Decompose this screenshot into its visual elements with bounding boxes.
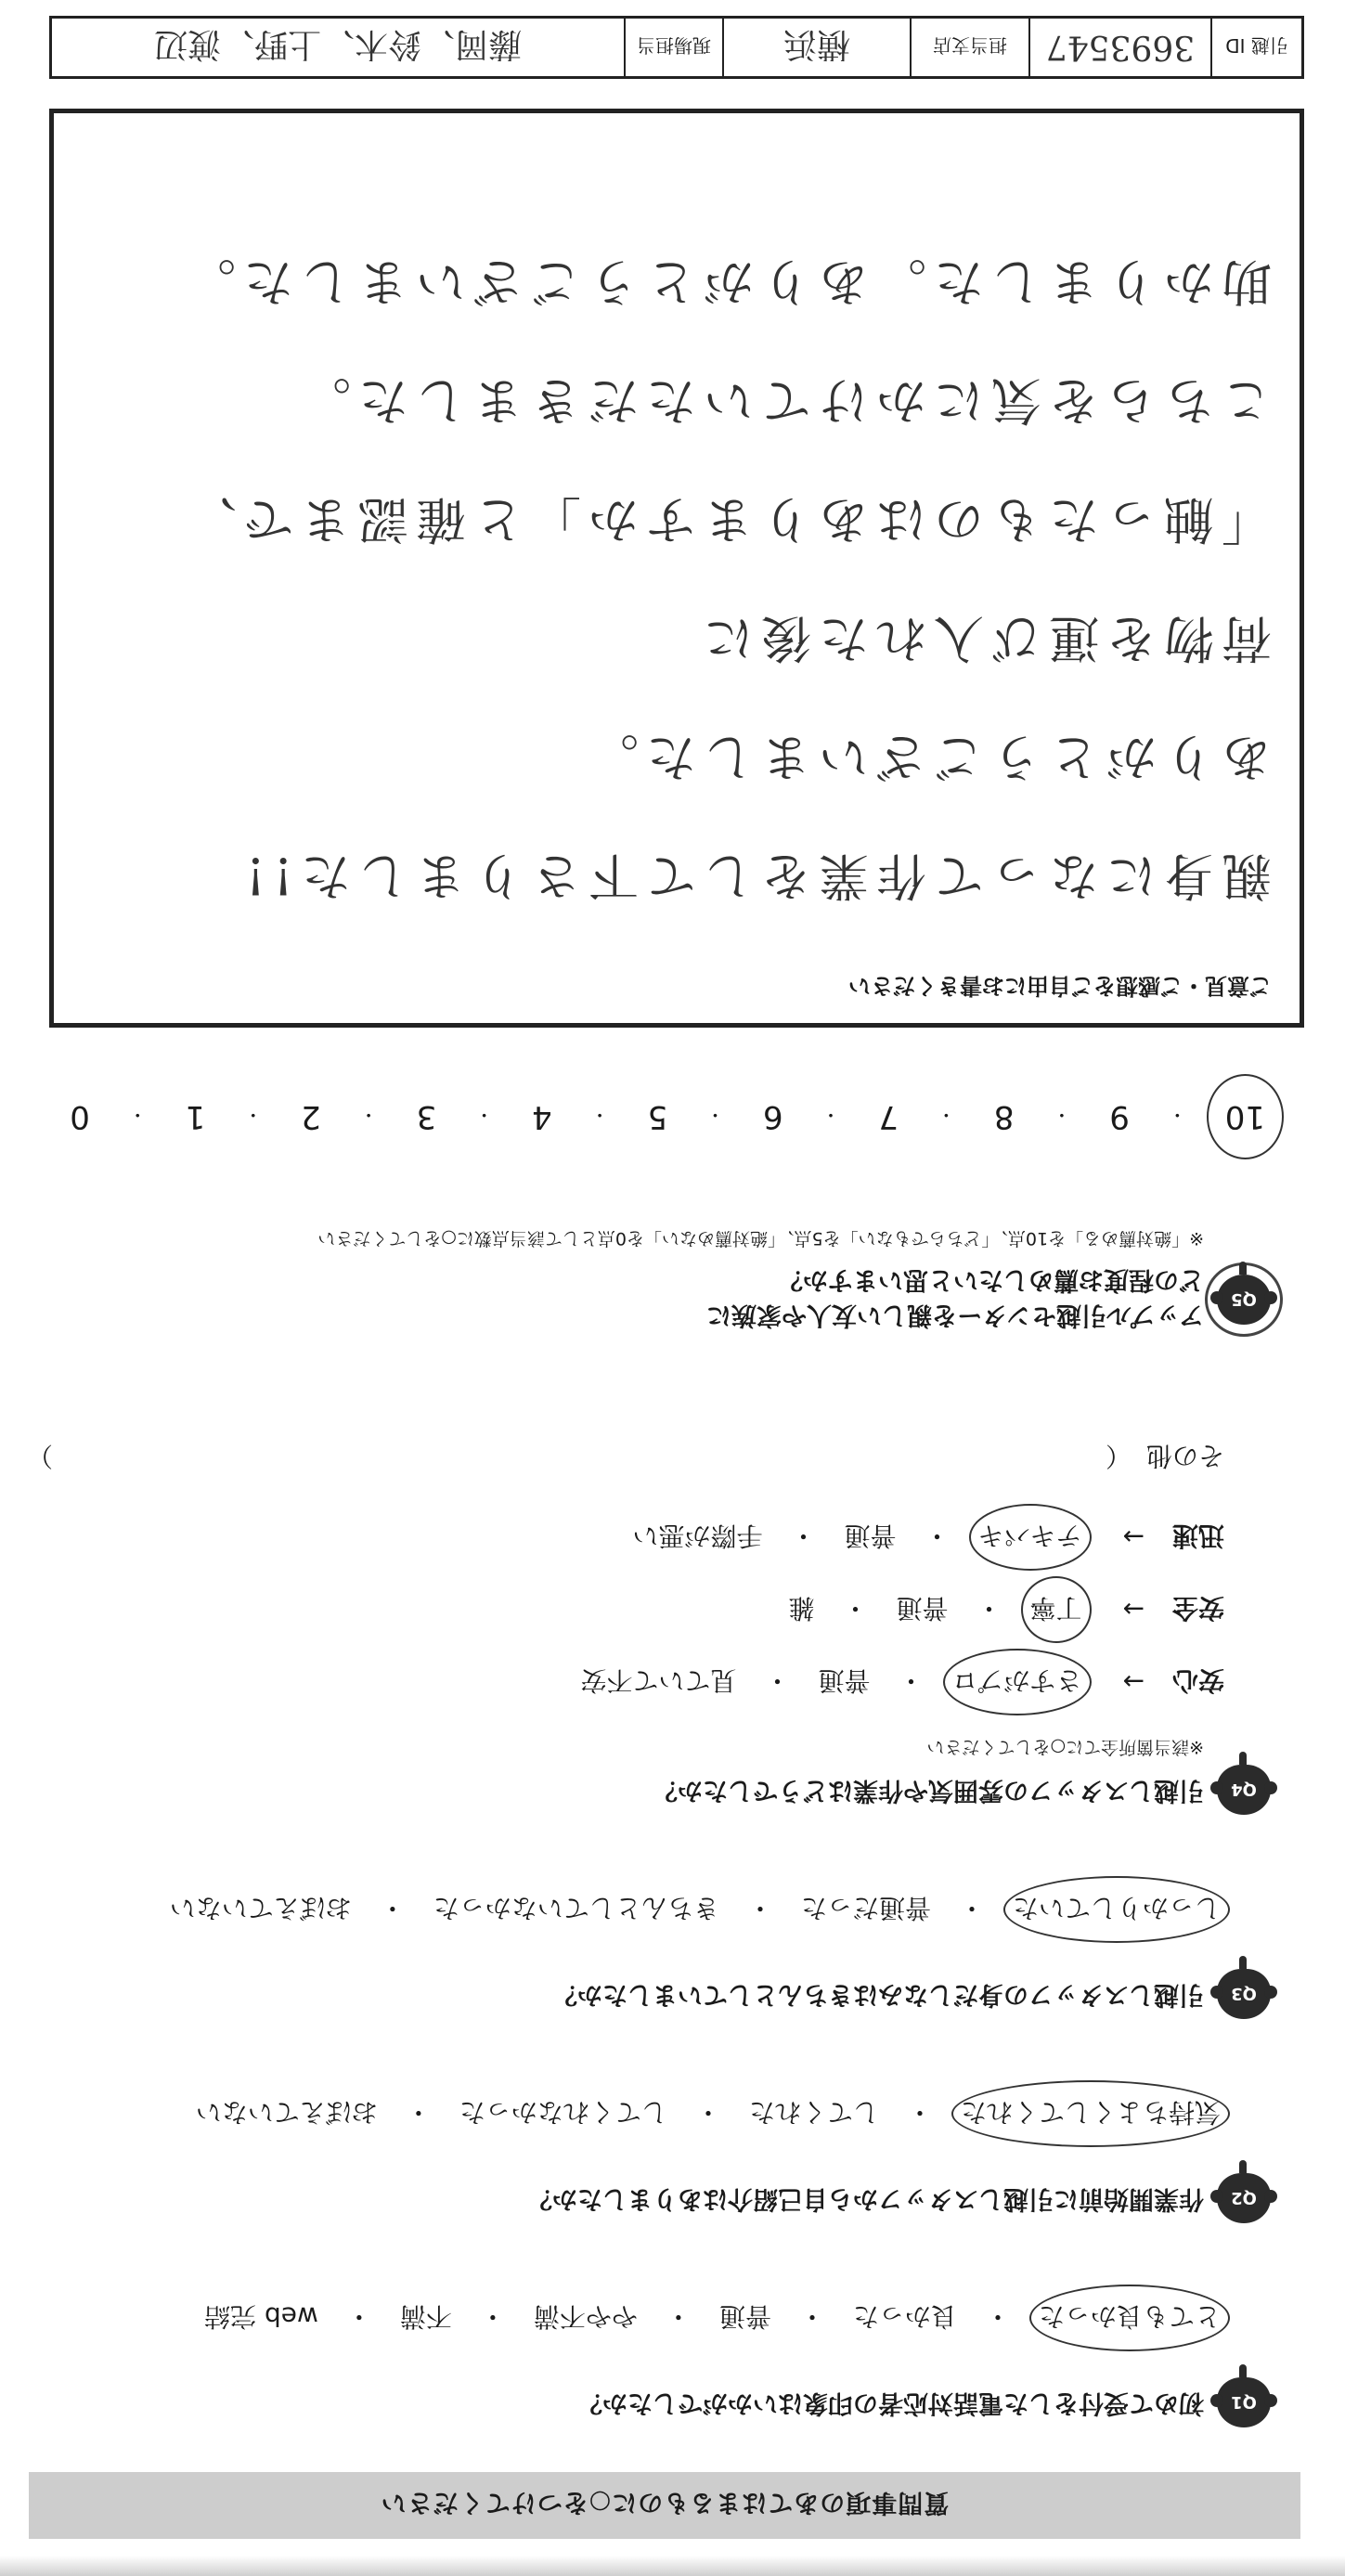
q2-option-3[interactable]: してくれなかった <box>456 2095 671 2132</box>
info-table: 引越 ID 3693547 担当支店 横浜 現場担当 藤岡、鈴木、上野、渡辺 <box>49 16 1304 79</box>
branch-value: 横浜 <box>722 19 910 76</box>
q4-other: その他 （ ） <box>27 1439 1224 1476</box>
q1-option-1[interactable]: とても良かった <box>1029 2285 1230 2351</box>
move-id-value: 3693547 <box>1028 19 1210 76</box>
q4-note: ※該当箇所全てに○をしてください <box>27 1736 1204 1761</box>
score-4[interactable]: 4 <box>526 1098 558 1135</box>
q2-badge-icon: Q2 <box>1217 2173 1271 2223</box>
q1-badge-icon: Q1 <box>1217 2377 1271 2427</box>
q4-row2-option-3[interactable]: 雑 <box>784 1591 818 1628</box>
comment-line: こちらを気にかけていただきました。 <box>82 341 1272 460</box>
q1-options: とても良かった・ 良かった・ 普通・ やや不満・ 不満・ web 完結 <box>27 2299 1224 2337</box>
question-q5: Q5 アップル引越センターを親しい友人や家族に どの程度お薦めしたいと思いますか… <box>27 1227 1271 1332</box>
instruction-banner: 質問事項のあてはまるものに○をつけてください <box>29 2472 1300 2539</box>
comment-handwriting: 親身になって作業をして下さりました!! ありがとうございました。 荷物を運び入れ… <box>82 222 1272 935</box>
q4-row1-option-1[interactable]: さすがプロ <box>943 1649 1092 1715</box>
comment-title: ご意見・ご感想をご自由にお書きください <box>82 972 1272 1004</box>
q3-option-4[interactable]: おぼえていない <box>166 1891 356 1928</box>
q5-badge-icon: Q5 <box>1217 1275 1271 1325</box>
q4-other-input[interactable] <box>53 1439 1106 1476</box>
q4-other-open-paren: （ <box>1106 1439 1132 1476</box>
q1-option-2[interactable]: 良かった <box>849 2299 961 2337</box>
score-3[interactable]: 3 <box>411 1098 443 1135</box>
q4-row1-category: 安心 <box>1159 1663 1224 1701</box>
q1-option-5[interactable]: 不満 <box>396 2299 456 2337</box>
q4-row3-option-2[interactable]: 普通 <box>840 1519 899 1556</box>
q5-text-line2: どの程度お薦めしたいと思いますか？ <box>706 1262 1204 1297</box>
site-staff-value: 藤岡、鈴木、上野、渡辺 <box>52 19 624 76</box>
q1-option-3[interactable]: 普通 <box>716 2299 775 2337</box>
comment-line: ありがとうございました。 <box>82 697 1272 816</box>
arrow-right-icon: → <box>1123 1522 1145 1553</box>
score-0[interactable]: 0 <box>64 1098 96 1135</box>
q2-options: 気持ちよくしてくれた・ してくれた・ してくれなかった・ おぼえていない <box>27 2095 1224 2132</box>
q4-text: 引越しスタッフの雰囲気や作業はどうでしたか？ <box>653 1772 1204 1807</box>
q1-text: 初めて受付をした電話対応者の印象はいかがでしたか？ <box>577 2385 1204 2420</box>
q2-option-2[interactable]: してくれた <box>745 2095 883 2132</box>
q5-note: ※「絶対薦める」を10点、「どちらでもない」を5点、「絶対薦めない」を0点として… <box>27 1227 1204 1252</box>
q2-text: 作業開始前に引越しスタッフから自己紹介はありましたか？ <box>527 2181 1204 2216</box>
q4-row-anzen: 安全 → 丁寧・ 普通・ 雑 <box>27 1591 1224 1628</box>
q5-text-line1: アップル引越センターを親しい友人や家族に <box>706 1297 1204 1332</box>
branch-label: 担当支店 <box>910 19 1028 76</box>
question-q1: Q1 初めて受付をした電話対応者の印象はいかがでしたか？ とても良かった・ 良か… <box>27 2299 1271 2427</box>
q4-row1-option-3[interactable]: 見ていて不安 <box>576 1663 740 1701</box>
question-q2: Q2 作業開始前に引越しスタッフから自己紹介はありましたか？ 気持ちよくしてくれ… <box>27 2095 1271 2223</box>
survey-sheet: 質問事項のあてはまるものに○をつけてください Q1 初めて受付をした電話対応者の… <box>0 0 1345 2576</box>
q4-other-close-paren: ） <box>27 1439 53 1476</box>
q4-row2-option-1[interactable]: 丁寧 <box>1021 1576 1092 1643</box>
score-10[interactable]: 10 <box>1207 1074 1284 1159</box>
question-q4: Q4 引越しスタッフの雰囲気や作業はどうでしたか？ ※該当箇所全てに○をしてくだ… <box>27 1439 1271 1815</box>
q4-row3-option-1[interactable]: テキパキ <box>969 1504 1092 1571</box>
q3-text: 引越しスタッフの身だしなみはきちんとしていましたか？ <box>552 1976 1204 2012</box>
q1-option-6[interactable]: web 完結 <box>200 2299 322 2337</box>
score-2[interactable]: 2 <box>295 1098 327 1135</box>
q3-options: しっかりしていた・ 普通だった・ きちんとしていなかった・ おぼえていない <box>27 1891 1224 1928</box>
q4-row-jinsoku: 迅速 → テキパキ・ 普通・ 手際が悪い <box>27 1519 1224 1556</box>
comment-box[interactable]: ご意見・ご感想をご自由にお書きください 親身になって作業をして下さりました!! … <box>49 109 1304 1028</box>
score-8[interactable]: 8 <box>989 1098 1020 1135</box>
q4-row-anshin: 安心 → さすがプロ・ 普通・ 見ていて不安 <box>27 1663 1224 1701</box>
q5-score-scale: 10・ 9・ 8・ 7・ 6・ 5・ 4・ 3・ 2・ 1・ 0 <box>64 1098 1271 1135</box>
q4-row3-category: 迅速 <box>1159 1519 1224 1556</box>
comment-line: 荷物を運び入れた後に <box>82 578 1272 697</box>
site-staff-label: 現場担当 <box>624 19 722 76</box>
score-1[interactable]: 1 <box>180 1098 212 1135</box>
scan-edge-shadow <box>0 2556 1345 2576</box>
comment-line: 助かりました。ありがとうございました。 <box>82 222 1272 341</box>
move-id-label: 引越 ID <box>1210 19 1301 76</box>
arrow-right-icon: → <box>1123 1667 1145 1698</box>
q4-other-label: その他 <box>1146 1439 1224 1476</box>
q3-option-3[interactable]: きちんとしていなかった <box>430 1891 723 1928</box>
score-5[interactable]: 5 <box>641 1098 673 1135</box>
q2-option-1[interactable]: 気持ちよくしてくれた <box>951 2080 1230 2147</box>
q4-row2-option-2[interactable]: 普通 <box>892 1591 951 1628</box>
q4-row2-category: 安全 <box>1159 1591 1224 1628</box>
q4-badge-icon: Q4 <box>1217 1765 1271 1815</box>
q3-badge-icon: Q3 <box>1217 1969 1271 2019</box>
comment-line: 親身になって作業をして下さりました!! <box>82 816 1272 935</box>
q3-option-1[interactable]: しっかりしていた <box>1003 1876 1230 1943</box>
question-q3: Q3 引越しスタッフの身だしなみはきちんとしていましたか？ しっかりしていた・ … <box>27 1891 1271 2019</box>
score-9[interactable]: 9 <box>1104 1098 1135 1135</box>
arrow-right-icon: → <box>1123 1595 1145 1625</box>
q4-row3-option-3[interactable]: 手際が悪い <box>628 1519 766 1556</box>
score-7[interactable]: 7 <box>873 1098 904 1135</box>
score-6[interactable]: 6 <box>757 1098 789 1135</box>
q2-option-4[interactable]: おぼえていない <box>192 2095 382 2132</box>
comment-line: 「触ったものはありますか」と確認まで、 <box>82 460 1272 578</box>
q3-option-2[interactable]: 普通だった <box>797 1891 935 1928</box>
q1-option-4[interactable]: やや不満 <box>530 2299 641 2337</box>
q4-row1-option-2[interactable]: 普通 <box>814 1663 873 1701</box>
